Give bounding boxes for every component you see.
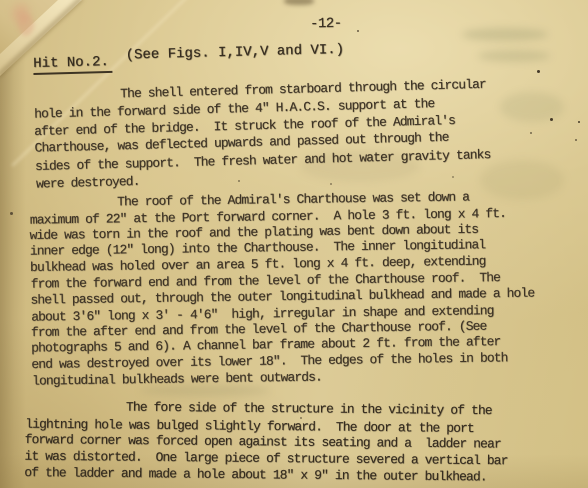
bleed-through-smudge xyxy=(500,92,564,122)
page-number: -12- xyxy=(310,16,342,33)
paragraph: The shell entered from starboard through… xyxy=(33,76,491,192)
ink-speck xyxy=(300,417,302,419)
bleed-through-smudge xyxy=(462,28,548,41)
bleed-through-smudge xyxy=(478,50,550,62)
ink-speck xyxy=(575,139,577,141)
corner-pink-stain xyxy=(18,14,34,36)
ink-speck xyxy=(537,70,540,73)
paragraph: The fore side of the structure in the vi… xyxy=(24,399,508,487)
paragraph: The roof of the Admiral's Charthouse was… xyxy=(29,189,535,389)
hit-number-label: Hit No.2. xyxy=(33,54,112,75)
ink-speck xyxy=(330,183,332,185)
ink-speck xyxy=(238,180,240,182)
ink-speck xyxy=(530,132,532,134)
ink-speck xyxy=(357,30,359,32)
ink-speck xyxy=(578,121,580,123)
ink-speck xyxy=(452,176,454,178)
figure-reference: (See Figs. I,IV,V and VI.) xyxy=(125,42,344,64)
section-heading: Hit No.2.(See Figs. I,IV,V and VI.) xyxy=(33,48,344,75)
ink-speck xyxy=(550,118,553,121)
ink-speck xyxy=(10,212,13,215)
scanned-document-page: -12- Hit No.2.(See Figs. I,IV,V and VI.)… xyxy=(0,0,588,488)
scan-edge-smudge xyxy=(284,0,314,5)
